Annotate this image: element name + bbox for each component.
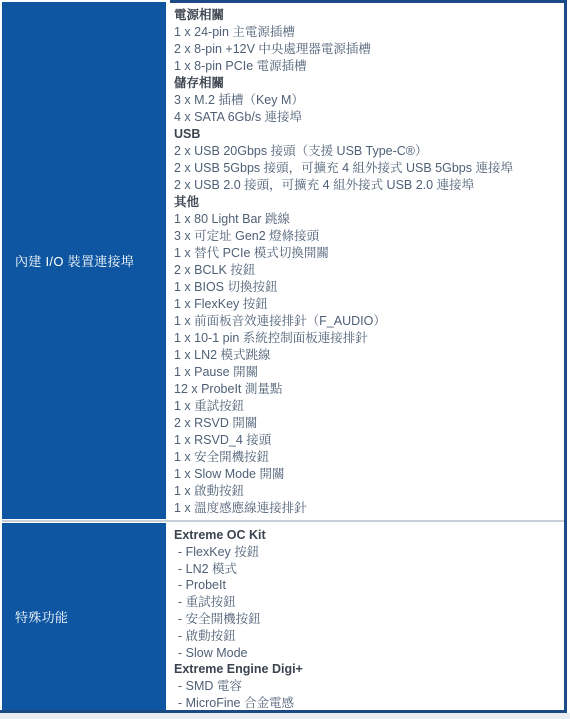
- spec-line: 1 x LN2 模式跳線: [174, 347, 560, 364]
- table-right-border: [564, 0, 567, 713]
- spec-line: 1 x 溫度感應線連接排針: [174, 500, 560, 517]
- spec-line: 1 x FlexKey 按鈕: [174, 296, 560, 313]
- row-divider: [2, 520, 564, 522]
- spec-section-header: 其他: [174, 194, 560, 211]
- spec-line: 1 x 重試按鈕: [174, 398, 560, 415]
- spec-section-header: Extreme Engine Digi+: [174, 661, 560, 678]
- spec-line: 1 x 8-pin PCIe 電源插槽: [174, 58, 560, 75]
- spec-line: 4 x SATA 6Gb/s 連接埠: [174, 109, 560, 126]
- spec-line: 1 x 替代 PCIe 模式切換開關: [174, 245, 560, 262]
- spec-line: 2 x BCLK 按鈕: [174, 262, 560, 279]
- spec-line: - MicroFine 合金電感: [174, 695, 560, 712]
- spec-line: - 啟動按鈕: [174, 628, 560, 645]
- spec-section-header: USB: [174, 126, 560, 143]
- spec-line: 1 x 安全開機按鈕: [174, 449, 560, 466]
- motherboard-spec-table: 內建 I/O 裝置連接埠 電源相關1 x 24-pin 主電源插槽2 x 8-p…: [0, 0, 570, 713]
- spec-line: 2 x RSVD 開關: [174, 415, 560, 432]
- spec-line: 1 x 24-pin 主電源插槽: [174, 24, 560, 41]
- spec-list-onboard-io: 電源相關1 x 24-pin 主電源插槽2 x 8-pin +12V 中央處理器…: [174, 0, 560, 517]
- spec-line: 1 x Slow Mode 開關: [174, 466, 560, 483]
- spec-line: 2 x USB 5Gbps 接頭，可擴充 4 組外接式 USB 5Gbps 連接…: [174, 160, 560, 177]
- spec-line: 3 x 可定址 Gen2 燈條接頭: [174, 228, 560, 245]
- spec-section-header: 電源相關: [174, 7, 560, 24]
- row-label-special-features: 特殊功能: [2, 523, 166, 710]
- spec-list-special-features: Extreme OC Kit- FlexKey 按鈕- LN2 模式- Prob…: [174, 523, 560, 712]
- spec-line: 12 x ProbeIt 測量點: [174, 381, 560, 398]
- spec-line: - 重試按鈕: [174, 594, 560, 611]
- spec-line: 3 x M.2 插槽（Key M）: [174, 92, 560, 109]
- spec-line: 1 x 啟動按鈕: [174, 483, 560, 500]
- spec-section-header: Extreme OC Kit: [174, 527, 560, 544]
- spec-line: 1 x 前面板音效連接排針（F_AUDIO）: [174, 313, 560, 330]
- spec-line: - LN2 模式: [174, 561, 560, 578]
- spec-line: 2 x 8-pin +12V 中央處理器電源插槽: [174, 41, 560, 58]
- page-background-strip: [0, 713, 570, 719]
- spec-line: - FlexKey 按鈕: [174, 544, 560, 561]
- spec-line: - ProbeIt: [174, 577, 560, 594]
- spec-line: 2 x USB 20Gbps 接頭（支援 USB Type-C®）: [174, 143, 560, 160]
- row-label-onboard-io: 內建 I/O 裝置連接埠: [2, 2, 166, 519]
- spec-line: 1 x BIOS 切換按鈕: [174, 279, 560, 296]
- spec-line: - SMD 電容: [174, 678, 560, 695]
- spec-line: - Slow Mode: [174, 645, 560, 662]
- spec-line: 1 x RSVD_4 接頭: [174, 432, 560, 449]
- spec-line: 1 x 10-1 pin 系統控制面板連接排針: [174, 330, 560, 347]
- spec-line: 1 x Pause 開關: [174, 364, 560, 381]
- spec-line: - 安全開機按鈕: [174, 611, 560, 628]
- spec-line: 1 x 80 Light Bar 跳線: [174, 211, 560, 228]
- spec-section-header: 儲存相關: [174, 75, 560, 92]
- spec-line: 2 x USB 2.0 接頭，可擴充 4 組外接式 USB 2.0 連接埠: [174, 177, 560, 194]
